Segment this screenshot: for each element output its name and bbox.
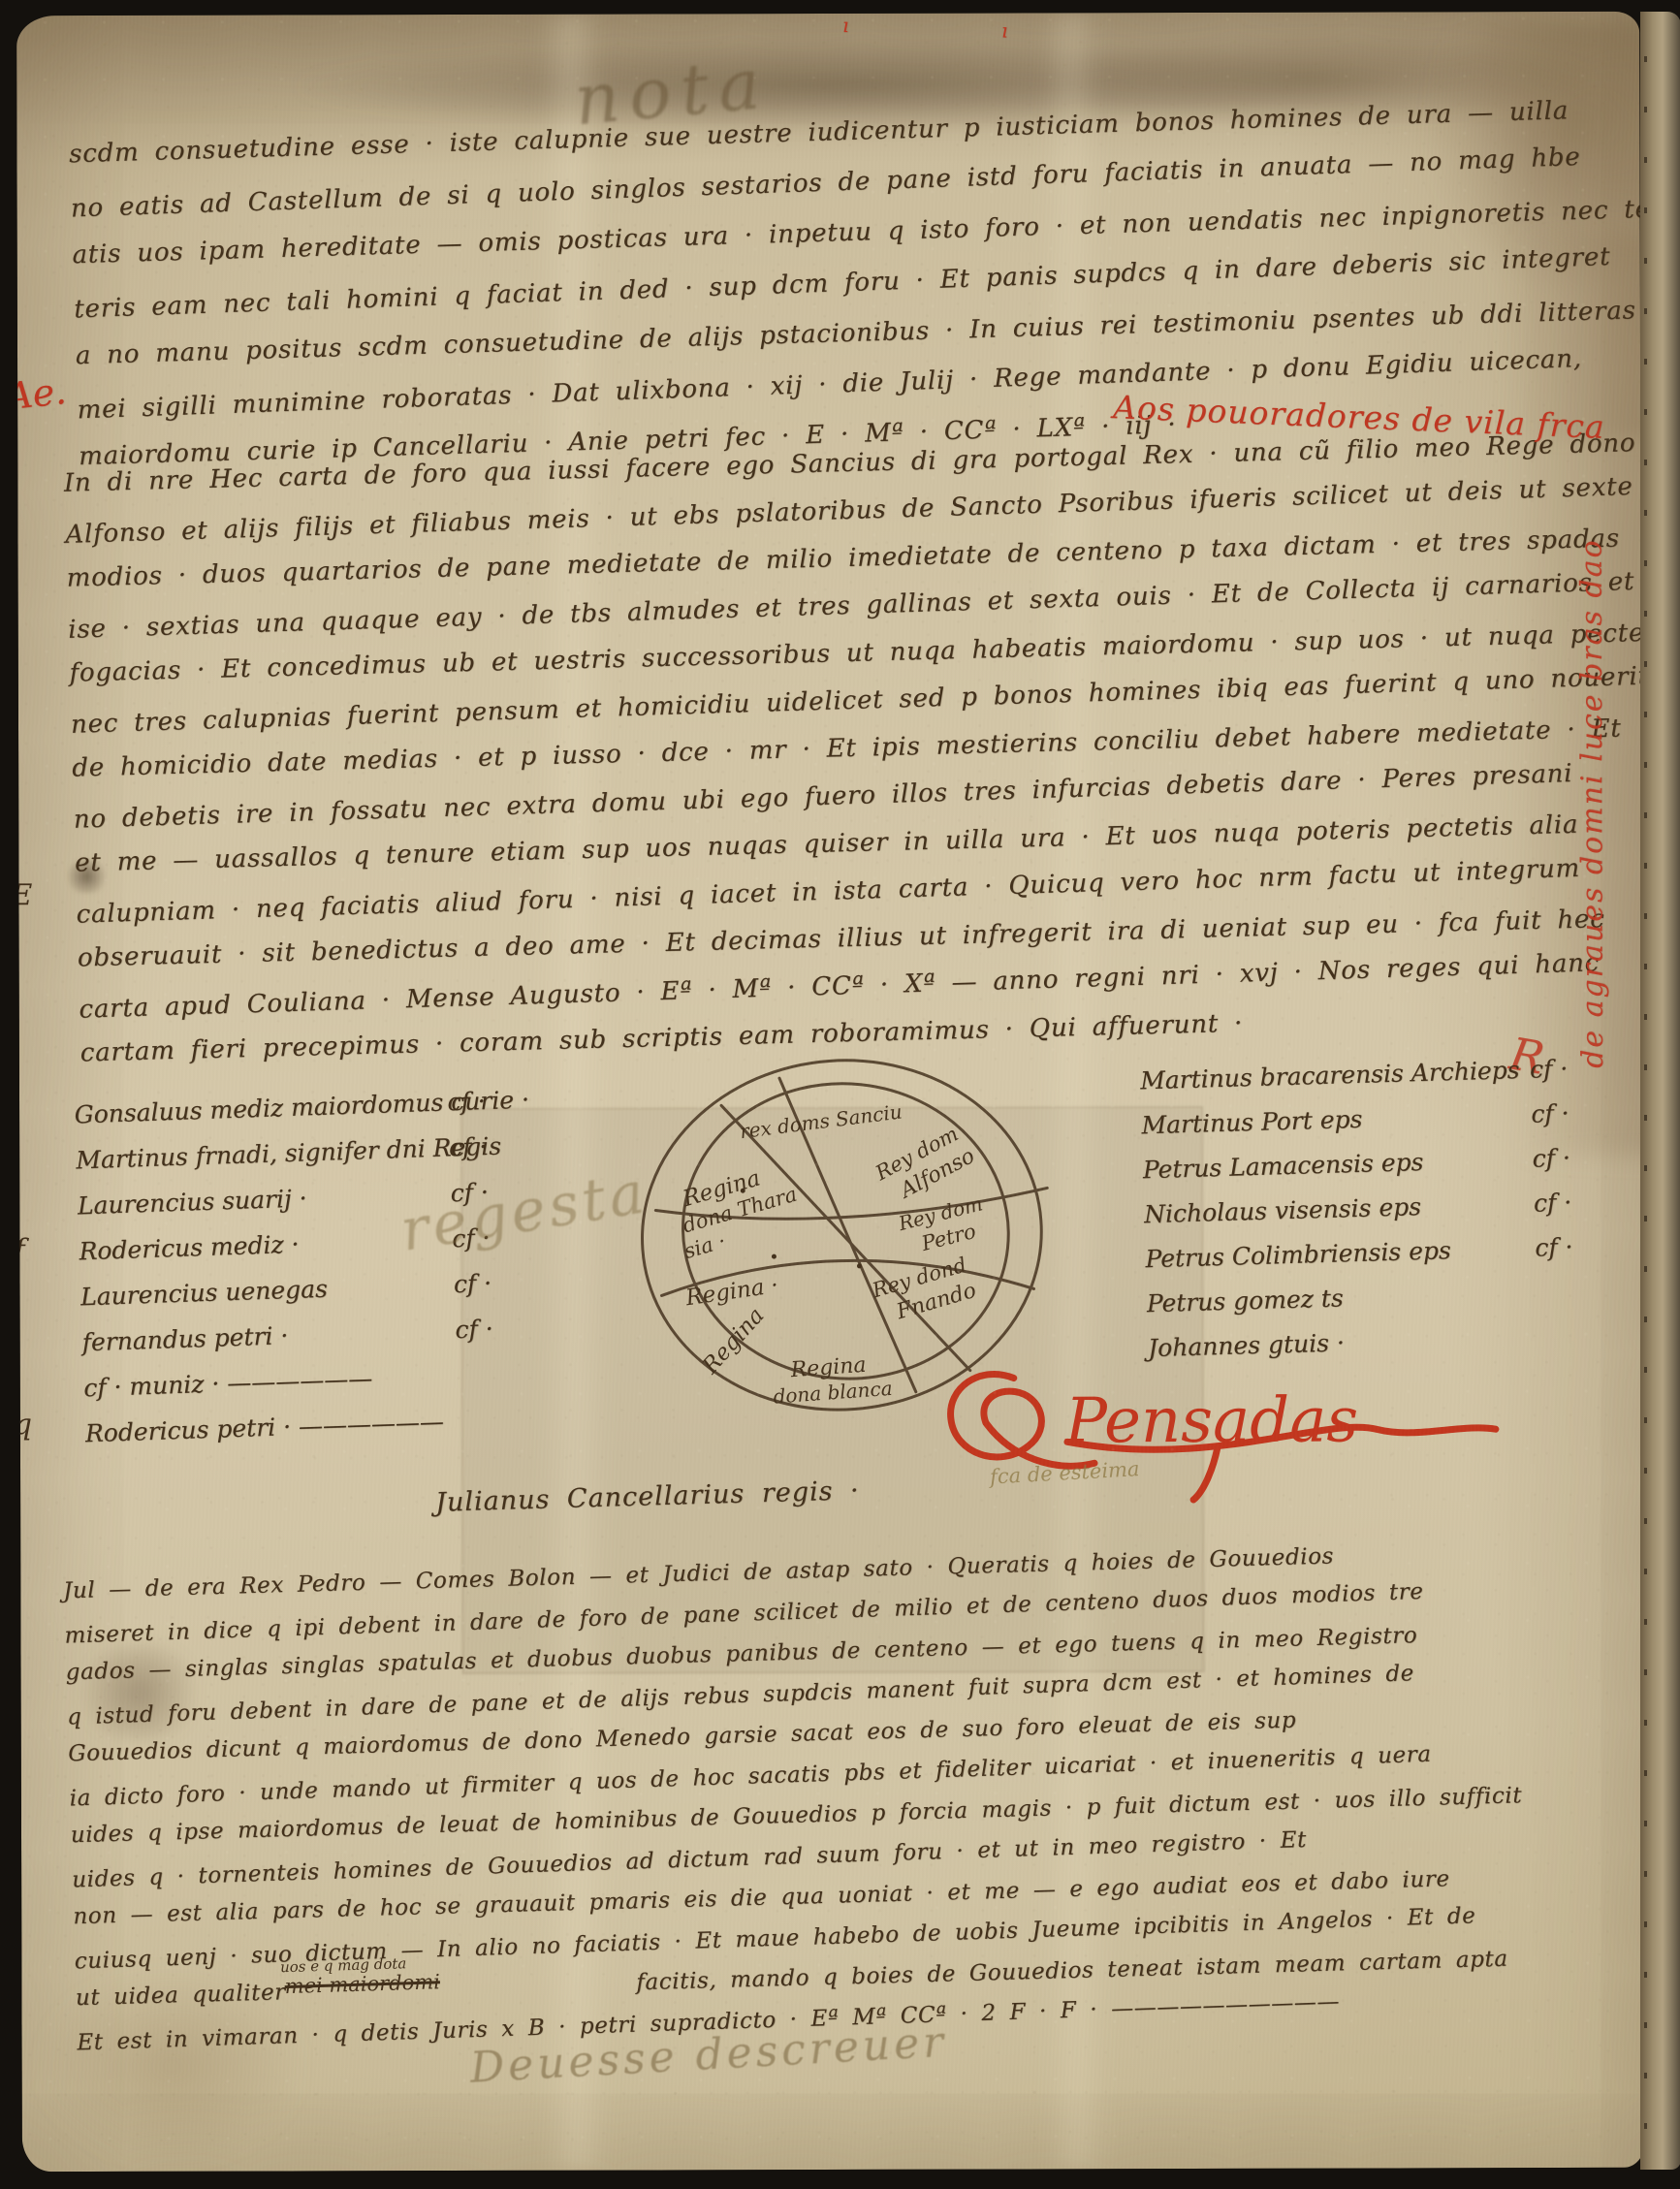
rota-label-lower-left: Regina (697, 1303, 769, 1380)
parchment-sheet: nota ı ı scdm consuetudine esse · iste c… (16, 12, 1645, 2172)
confirmation-mark: cf · (1530, 1055, 1569, 1084)
witness-name: Petrus gomez ts (1146, 1284, 1344, 1317)
rota-label-top: rex doms Sanciu (739, 1099, 903, 1143)
charter-b-text-block: In di nre Hec carta de foro qua iussi fa… (63, 418, 1641, 1080)
red-signature-flourish: Pensadas (922, 1348, 1504, 1505)
top-red-tick-2: ı (1001, 19, 1007, 43)
rota-label-mid-left: Regina · (683, 1273, 780, 1312)
charter-c-text-block: uos e q mag dota mei maiordomi Jul — de … (63, 1525, 1645, 2062)
witness-list-right: Martinus bracarensis Archiepscf ·Martinu… (1140, 1056, 1529, 1379)
confirmation-mark: cf · (1534, 1189, 1572, 1218)
witness-name: Martinus Port eps (1141, 1105, 1363, 1140)
confirmation-mark: cf · (455, 1315, 493, 1344)
confirmation-mark: cf · (1532, 1144, 1570, 1173)
manuscript-scan-page: nota ı ı scdm consuetudine esse · iste c… (0, 0, 1680, 2189)
svg-text:dona blanca: dona blanca (773, 1377, 894, 1409)
margin-red-mark: Ae. (16, 369, 68, 418)
confirmation-mark: cf · (1531, 1099, 1569, 1128)
left-edge-fragment-2: f (16, 1233, 24, 1267)
binding-stitches (1644, 12, 1647, 2170)
signature-word: Pensadas (1064, 1385, 1358, 1458)
witness-name: Martinus bracarensis Archieps (1140, 1056, 1520, 1094)
gutter-page-edge (1640, 12, 1680, 2170)
confirmation-mark: cf · (453, 1269, 491, 1298)
confirmation-mark: cf · (1535, 1233, 1573, 1262)
confirmation-mark: cf · (450, 1178, 489, 1207)
left-edge-fragment-3: q (16, 1408, 32, 1442)
left-edge-fragment-1: E (16, 878, 32, 912)
confirmation-mark: cf · (452, 1223, 491, 1253)
witness-list-left: Gonsaluus mediz maiordomus curie ·cf ·Ma… (74, 1086, 541, 1466)
top-red-tick-1: ı (842, 14, 848, 37)
confirmation-mark: cf · (449, 1132, 488, 1161)
vertical-red-marginal-note: de agraues domni luce bras dao (1574, 399, 1610, 1068)
witness-name: fernandus petri · (81, 1321, 289, 1356)
rota-label-bottom: Regina dona blanca (771, 1351, 893, 1409)
confirmation-mark: cf · (447, 1087, 486, 1116)
rota-label-lower-right: Rey dond Fnando (869, 1253, 979, 1330)
chancellor-line: Julianus Cancellarius regis · (435, 1475, 860, 1518)
